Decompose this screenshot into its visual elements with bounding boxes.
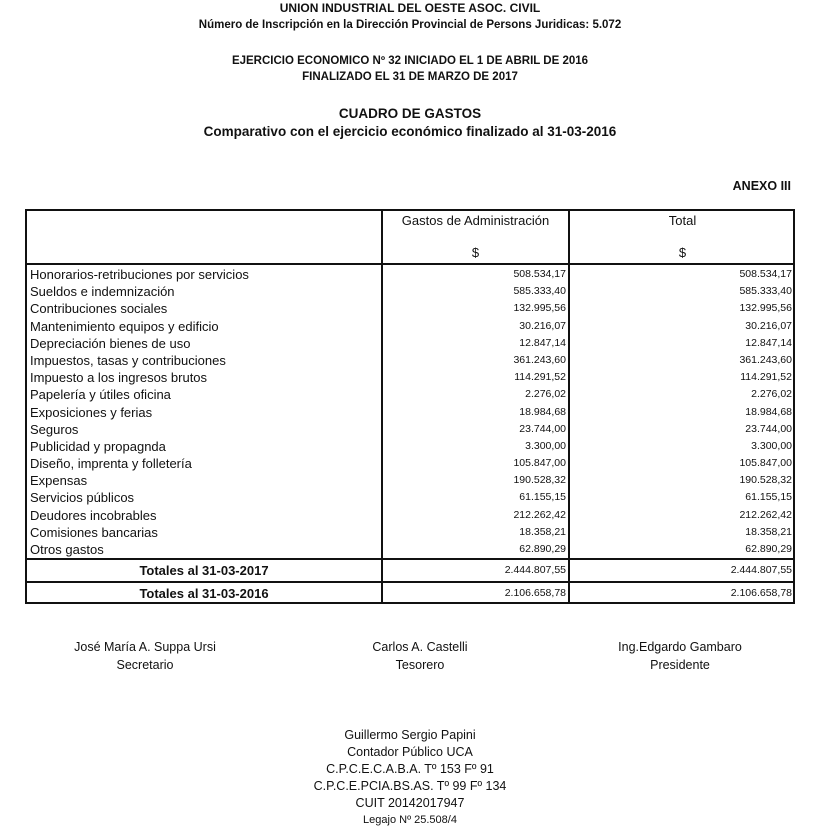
table-row: Mantenimiento equipos y edificio30.216,0… [27, 318, 793, 335]
totals-label: Totales al 31-03-2016 [27, 583, 381, 604]
signature-secretary: José María A. Suppa Ursi Secretario [40, 638, 250, 674]
annex-label: ANEXO III [733, 179, 791, 193]
admin-value: 18.984,68 [383, 404, 566, 421]
registration-number: Número de Inscripción en la Dirección Pr… [0, 19, 820, 31]
organization-name: UNION INDUSTRIAL DEL OESTE ASOC. CIVIL [0, 1, 820, 15]
totals-total-value: 2.444.807,55 [570, 560, 792, 581]
total-value: 212.262,42 [570, 507, 792, 524]
admin-value: 132.995,56 [383, 300, 566, 317]
expense-label: Servicios públicos [30, 489, 134, 506]
table-row: Impuestos, tasas y contribuciones361.243… [27, 352, 793, 369]
table-row: Publicidad y propagnda3.300,003.300,00 [27, 438, 793, 455]
header-divider [27, 263, 793, 265]
totals-row-2016: Totales al 31-03-2016 2.106.658,78 2.106… [27, 583, 793, 604]
table-row: Deudores incobrables212.262,42212.262,42 [27, 507, 793, 524]
total-value: 61.155,15 [570, 489, 792, 506]
signer-role: Tesorero [320, 656, 520, 674]
admin-value: 190.528,32 [383, 472, 566, 489]
totals-total-value: 2.106.658,78 [570, 583, 792, 604]
total-value: 18.358,21 [570, 524, 792, 541]
accountant-cuit: CUIT 20142017947 [0, 795, 820, 812]
accountant-legajo: Legajo Nº 25.508/4 [0, 812, 820, 828]
accountant-name: Guillermo Sergio Papini [0, 727, 820, 744]
accountant-registration-caba: C.P.C.E.C.A.B.A. Tº 153 Fº 91 [0, 761, 820, 778]
signer-name: José María A. Suppa Ursi [40, 638, 250, 656]
expense-label: Diseño, imprenta y folletería [30, 455, 192, 472]
admin-value: 361.243,60 [383, 352, 566, 369]
signer-name: Ing.Edgardo Gambaro [580, 638, 780, 656]
expense-label: Otros gastos [30, 541, 104, 558]
expense-label: Honorarios-retribuciones por servicios [30, 266, 249, 283]
total-value: 114.291,52 [570, 369, 792, 386]
expense-rows: Honorarios-retribuciones por servicios50… [27, 266, 793, 558]
totals-admin-value: 2.444.807,55 [383, 560, 566, 581]
expense-label: Expensas [30, 472, 87, 489]
total-value: 190.528,32 [570, 472, 792, 489]
accountant-title: Contador Público UCA [0, 744, 820, 761]
total-value: 62.890,29 [570, 541, 792, 558]
total-value: 3.300,00 [570, 438, 792, 455]
admin-value: 114.291,52 [383, 369, 566, 386]
fiscal-year-start: EJERCICIO ECONOMICO Nº 32 INICIADO EL 1 … [0, 55, 820, 67]
table-row: Depreciación bienes de uso12.847,1412.84… [27, 335, 793, 352]
totals-label: Totales al 31-03-2017 [27, 560, 381, 581]
expense-label: Mantenimiento equipos y edificio [30, 318, 219, 335]
admin-value: 212.262,42 [383, 507, 566, 524]
total-value: 585.333,40 [570, 283, 792, 300]
table-row: Contribuciones sociales132.995,56132.995… [27, 300, 793, 317]
table-row: Sueldos e indemnización585.333,40585.333… [27, 283, 793, 300]
totals-row-2017: Totales al 31-03-2017 2.444.807,55 2.444… [27, 560, 793, 581]
total-value: 105.847,00 [570, 455, 792, 472]
document-subtitle: Comparativo con el ejercicio económico f… [0, 124, 820, 139]
admin-value: 105.847,00 [383, 455, 566, 472]
column-header-admin: Gastos de Administración [383, 213, 568, 228]
total-value: 508.534,17 [570, 266, 792, 283]
admin-value: 62.890,29 [383, 541, 566, 558]
total-value: 12.847,14 [570, 335, 792, 352]
admin-value: 23.744,00 [383, 421, 566, 438]
total-value: 2.276,02 [570, 386, 792, 403]
expenses-table: Gastos de Administración $ Total $ Honor… [25, 209, 795, 604]
expense-label: Impuestos, tasas y contribuciones [30, 352, 226, 369]
total-value: 23.744,00 [570, 421, 792, 438]
admin-value: 508.534,17 [383, 266, 566, 283]
table-row: Diseño, imprenta y folletería105.847,001… [27, 455, 793, 472]
document-title: CUADRO DE GASTOS [0, 106, 820, 121]
expense-label: Deudores incobrables [30, 507, 156, 524]
column-unit-admin: $ [383, 245, 568, 260]
total-value: 361.243,60 [570, 352, 792, 369]
expense-label: Seguros [30, 421, 78, 438]
total-value: 30.216,07 [570, 318, 792, 335]
signature-president: Ing.Edgardo Gambaro Presidente [580, 638, 780, 674]
table-row: Servicios públicos61.155,1561.155,15 [27, 489, 793, 506]
expense-label: Impuesto a los ingresos brutos [30, 369, 207, 386]
totals-admin-value: 2.106.658,78 [383, 583, 566, 604]
signer-role: Secretario [40, 656, 250, 674]
admin-value: 30.216,07 [383, 318, 566, 335]
accountant-registration-pba: C.P.C.E.PCIA.BS.AS. Tº 99 Fº 134 [0, 778, 820, 795]
table-row: Impuesto a los ingresos brutos114.291,52… [27, 369, 793, 386]
table-row: Expensas190.528,32190.528,32 [27, 472, 793, 489]
table-row: Comisiones bancarias18.358,2118.358,21 [27, 524, 793, 541]
total-value: 18.984,68 [570, 404, 792, 421]
expense-label: Exposiciones y ferias [30, 404, 152, 421]
expense-label: Depreciación bienes de uso [30, 335, 190, 352]
expense-label: Papelería y útiles oficina [30, 386, 171, 403]
expense-label: Comisiones bancarias [30, 524, 158, 541]
table-row: Seguros23.744,0023.744,00 [27, 421, 793, 438]
table-row: Honorarios-retribuciones por servicios50… [27, 266, 793, 283]
signature-treasurer: Carlos A. Castelli Tesorero [320, 638, 520, 674]
expense-label: Contribuciones sociales [30, 300, 167, 317]
signer-name: Carlos A. Castelli [320, 638, 520, 656]
column-header-total: Total [570, 213, 795, 228]
admin-value: 12.847,14 [383, 335, 566, 352]
total-value: 132.995,56 [570, 300, 792, 317]
admin-value: 2.276,02 [383, 386, 566, 403]
expense-label: Sueldos e indemnización [30, 283, 175, 300]
table-row: Papelería y útiles oficina2.276,022.276,… [27, 386, 793, 403]
admin-value: 3.300,00 [383, 438, 566, 455]
column-unit-total: $ [570, 245, 795, 260]
table-row: Exposiciones y ferias18.984,6818.984,68 [27, 404, 793, 421]
admin-value: 18.358,21 [383, 524, 566, 541]
admin-value: 61.155,15 [383, 489, 566, 506]
table-row: Otros gastos62.890,2962.890,29 [27, 541, 793, 558]
expense-label: Publicidad y propagnda [30, 438, 166, 455]
signer-role: Presidente [580, 656, 780, 674]
admin-value: 585.333,40 [383, 283, 566, 300]
accountant-block: Guillermo Sergio Papini Contador Público… [0, 727, 820, 828]
fiscal-year-end: FINALIZADO EL 31 DE MARZO DE 2017 [0, 71, 820, 83]
